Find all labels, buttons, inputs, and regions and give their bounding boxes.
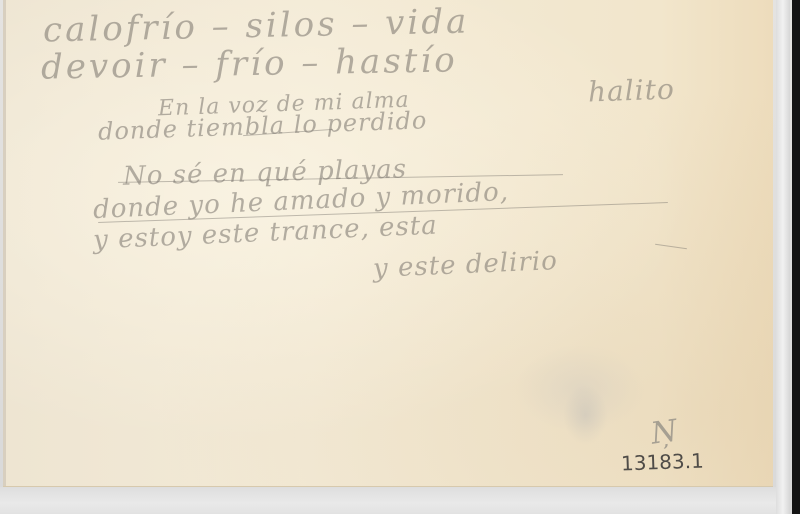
scanner-bottom-margin xyxy=(0,487,776,514)
verse-line-2: donde tiembla lo perdido xyxy=(98,106,428,145)
verse-line-6: y este delirio xyxy=(372,246,558,284)
initials-mark: Ņ xyxy=(649,413,680,451)
pencil-smudge xyxy=(563,385,608,445)
paper-left-edge xyxy=(3,0,6,486)
scanner-right-margin xyxy=(776,0,790,514)
catalog-number: 13183.1 xyxy=(621,449,705,476)
dash-mark xyxy=(655,244,687,249)
header-line-2: devoir – frío – hastío xyxy=(41,40,458,87)
manuscript-page: calofrío – silos – vida devoir – frío – … xyxy=(3,0,773,487)
scanner-edge-border xyxy=(792,0,800,514)
header-line-3: halito xyxy=(587,72,675,108)
